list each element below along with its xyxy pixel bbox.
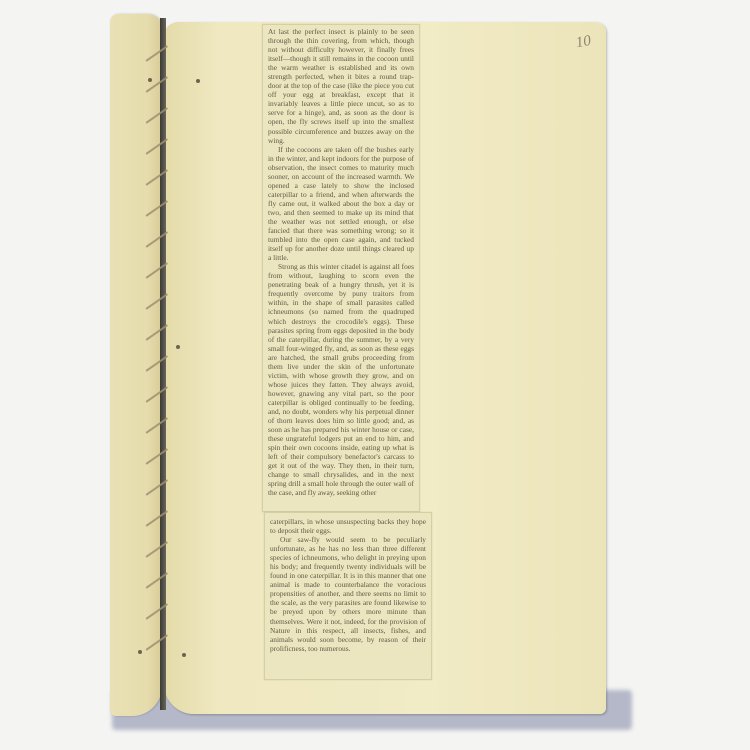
binding-hole [148,78,152,82]
binding-hole [196,79,200,83]
newspaper-clipping-1: At last the perfect insect is plainly to… [262,24,420,512]
clipping-1-paragraph-3: Strong as this winter citadel is against… [268,262,414,497]
binding-hole [182,653,186,657]
binding-hole [138,650,142,654]
newspaper-clipping-2: caterpillars, in whose unsuspecting back… [264,512,432,680]
clipping-2-paragraph-2: Our saw-fly would seem to be peculiarly … [270,535,426,653]
clipping-2-paragraph-1: caterpillars, in whose unsuspecting back… [270,517,426,535]
clipping-1-paragraph-1: At last the perfect insect is plainly to… [268,27,414,145]
binding-hole [176,345,180,349]
page-number: 10 [575,33,593,52]
clipping-1-paragraph-2: If the cocoons are taken off the bushes … [268,145,414,263]
